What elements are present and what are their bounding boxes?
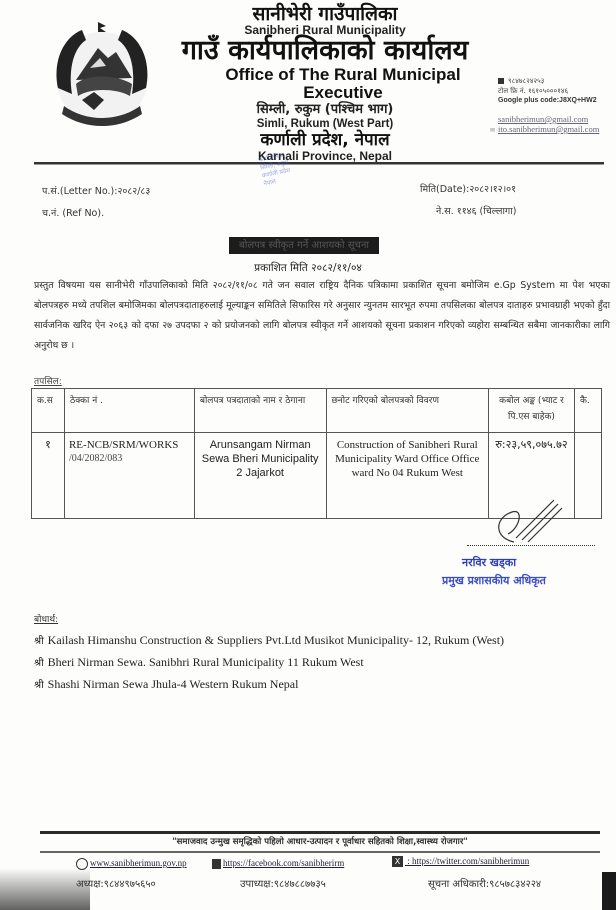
mail-icon: ✉ bbox=[490, 126, 495, 136]
cell-description: Construction of Sanibheri Rural Municipa… bbox=[326, 433, 489, 519]
col-remarks: कै. bbox=[574, 389, 601, 433]
col-amount: कबोल अङ्क (भ्याट र पि.एस बाहेक) bbox=[489, 389, 575, 433]
table-header-row: क.स ठेक्का नं . बोलपत्र पत्रदाताको नाम र… bbox=[32, 389, 602, 433]
location-nepali: सिम्ली, रुकुम (पश्चिम भाग) bbox=[150, 102, 500, 118]
reference-number: च.नं. (Ref No). bbox=[42, 206, 104, 219]
google-plus-code: Google plus code:J8XQ+HW2 bbox=[498, 96, 616, 106]
x-twitter-icon: X bbox=[392, 856, 403, 867]
list-item: श्रीBheri Nirman Sewa. Sanibhri Rural Mu… bbox=[34, 652, 594, 674]
details-label: तपसिल: bbox=[34, 374, 62, 387]
signatory-title: प्रमुख प्रशासकीय अधिकृत bbox=[442, 573, 546, 588]
scan-shadow bbox=[0, 868, 90, 910]
cc-label: बोधार्थ: bbox=[34, 612, 58, 625]
list-item: श्रीShashi Nirman Sewa Jhula-4 Western R… bbox=[34, 674, 594, 696]
twitter-link[interactable]: X : https://twitter.com/sanibherimun bbox=[392, 856, 529, 867]
office-name-nepali: गाउँ कार्यपालिकाको कार्यालय bbox=[150, 36, 500, 66]
phone-icon bbox=[498, 78, 504, 84]
published-date: प्रकाशित मिति २०८२/११/०४ bbox=[0, 261, 616, 275]
letter-page: सानीभेरी गाउँपालिका Sanibheri Rural Muni… bbox=[0, 0, 616, 910]
facebook-icon bbox=[212, 859, 221, 869]
col-bidder: बोलपत्र पत्रदाताको नाम र ठेगाना bbox=[194, 389, 326, 433]
cell-bidder: Arunsangam Nirman Sewa Bheri Municipalit… bbox=[194, 433, 326, 519]
col-description: छनोट गरिएको बोलपत्रको विवरण bbox=[326, 389, 489, 433]
info-officer-phone: सूचना अधिकारी:९८५७८३४२२४ bbox=[428, 876, 541, 890]
col-contract-no: ठेक्का नं . bbox=[64, 389, 194, 433]
cell-contract-no: RE-NCB/SRM/WORKS /04/2082/083 bbox=[64, 433, 194, 519]
footer-divider-2 bbox=[40, 851, 600, 853]
province-nepali: कर्णाली प्रदेश, नेपाल bbox=[150, 131, 500, 150]
signatory-name: नरविर खड्का bbox=[462, 555, 516, 570]
cc-list: श्रीKailash Himanshu Construction & Supp… bbox=[34, 630, 594, 696]
letterhead: सानीभेरी गाउँपालिका Sanibheri Rural Muni… bbox=[150, 4, 500, 163]
letter-date: मिति(Date):२०८२।१२।०१ bbox=[420, 182, 516, 195]
email-link-2[interactable]: ito.sanibherimun@gmail.com bbox=[498, 124, 616, 134]
municipality-name-nepali: सानीभेरी गाउँपालिका bbox=[150, 4, 500, 24]
signature-line bbox=[467, 545, 595, 546]
notice-title-banner: बोलपत्र स्वीकृत गर्ने आशयको सूचना bbox=[229, 237, 379, 254]
footer-divider bbox=[40, 831, 600, 834]
email-link-1[interactable]: sanibherimun@gmail.com bbox=[498, 114, 616, 124]
toll-free-number: टोल फ्रि नं. १६१०५०००१४६ bbox=[498, 86, 616, 96]
nepal-samvat-date: ने.स. ११४६ (चिल्लागा) bbox=[436, 204, 516, 217]
footer-slogan: "समाजवाद उन्मुख समृद्धिको पहिलो आधार-उत्… bbox=[40, 836, 600, 847]
cell-remarks bbox=[574, 433, 601, 519]
cell-serial: १ bbox=[32, 433, 65, 519]
office-name-english: Office of The Rural Municipal Executive bbox=[186, 66, 500, 102]
website-link[interactable]: www.sanibherimun.gov.np bbox=[76, 858, 187, 870]
letter-number: प.सं.(Letter No.):२०८२/८३ bbox=[42, 184, 150, 197]
scan-shadow-right bbox=[602, 872, 616, 910]
signature-mark bbox=[484, 498, 564, 548]
list-item: श्रीKailash Himanshu Construction & Supp… bbox=[34, 630, 594, 652]
nepal-emblem-logo bbox=[46, 18, 158, 130]
notice-body: प्रस्तुत विषयमा यस सानीभेरी गाँउपालिकाको… bbox=[34, 276, 610, 356]
vice-chair-phone: उपाध्यक्ष:९८४७८८७७३५ bbox=[240, 876, 326, 890]
contact-block: ९८४७८२४२५३ टोल फ्रि नं. १६१०५०००१४६ Goog… bbox=[498, 76, 616, 134]
facebook-link[interactable]: https://facebook.com/sanibherirm bbox=[212, 858, 344, 869]
office-stamp: कार्यपालिका सिम्ली, रुकुम कर्णाली प्रदेश… bbox=[258, 144, 332, 219]
phone-number: ९८४७८२४२५३ bbox=[508, 77, 544, 85]
col-serial: क.स bbox=[32, 389, 65, 433]
